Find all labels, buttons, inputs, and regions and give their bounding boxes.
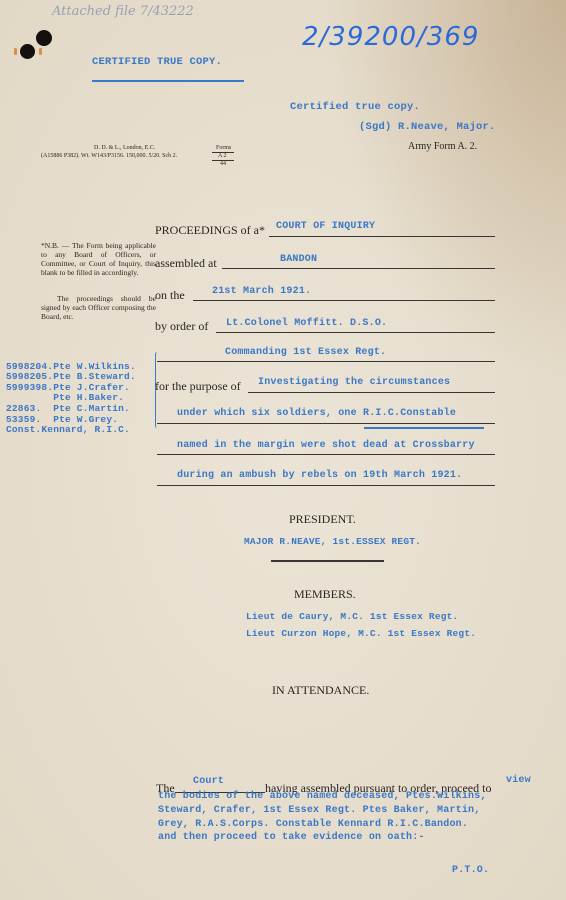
signed-line: (Sgd) R.Neave, Major. (359, 121, 496, 133)
closing-line-2: Steward, Crafer, 1st Essex Regt. Ptes Ba… (158, 805, 480, 816)
president-name: MAJOR R.NEAVE, 1st.ESSEX REGT. (244, 536, 421, 547)
rust-mark (39, 48, 42, 55)
certified-heading: CERTIFIED TRUE COPY. (92, 56, 222, 68)
members-heading: MEMBERS. (294, 587, 356, 602)
assembled-value: BANDON (280, 254, 317, 265)
margin-name: 22863. Pte C.Martin. (6, 404, 136, 415)
purpose-underline-ink (364, 427, 484, 429)
certified-true-copy-line: Certified true copy. (290, 101, 420, 113)
pto-note: P.T.O. (452, 865, 489, 876)
purpose-line-3 (157, 454, 495, 455)
purpose-line-2 (157, 423, 495, 424)
purpose-label: for the purpose of (155, 379, 241, 394)
margin-name-list: 5998204.Pte W.Wilkins.5998205.Pte B.Stew… (6, 351, 136, 446)
date-value: 21st March 1921. (212, 286, 311, 297)
purpose-line-1 (248, 392, 495, 393)
nb-side-note: *N.B. — The Form being applicable to any… (41, 241, 156, 277)
pencil-file-note: Attached file 7/43222 (52, 4, 194, 19)
closing-line-1: the bodies of the above named deceased, … (158, 791, 487, 802)
proceedings-value: COURT OF INQUIRY (276, 221, 375, 232)
closing-body-value: Court (193, 776, 224, 787)
date-label: on the (155, 288, 185, 303)
signing-side-note: The proceedings should be signed by each… (41, 294, 156, 321)
certified-heading-underline (92, 80, 244, 82)
purpose-line-4 (157, 485, 495, 486)
purpose-value-4: during an ambush by rebels on 19th March… (177, 470, 462, 481)
date-line (193, 300, 495, 301)
proceedings-line (269, 236, 495, 237)
purpose-value-2: under which six soldiers, one R.I.C.Cons… (177, 408, 456, 419)
forms-number: 44 (220, 161, 226, 169)
closing-line-4: and then proceed to take evidence on oat… (158, 832, 425, 843)
proceedings-label: PROCEEDINGS of a* (155, 223, 265, 238)
member-1: Lieut de Caury, M.C. 1st Essex Regt. (246, 611, 458, 622)
closing-line-3: Grey, R.A.S.Corps. Constable Kennard R.I… (158, 819, 468, 830)
president-heading: PRESIDENT. (289, 512, 356, 527)
attendance-heading: IN ATTENDANCE. (272, 683, 369, 698)
assembled-label: assembled at (155, 256, 217, 271)
ink-reference-number: 2/39200/369 (302, 22, 479, 52)
punch-hole-upper (36, 30, 52, 46)
rust-mark (14, 48, 17, 55)
order-line-2 (157, 361, 495, 362)
purpose-value-1: Investigating the circumstances (258, 377, 450, 388)
order-line (216, 332, 495, 333)
punch-hole-lower (20, 44, 35, 59)
president-divider (271, 560, 384, 562)
purpose-value-3: named in the margin were shot dead at Cr… (177, 440, 475, 451)
form-name: Army Form A. 2. (408, 141, 477, 152)
member-2: Lieut Curzon Hope, M.C. 1st Essex Regt. (246, 628, 476, 639)
printer-line-1: D. D. & L., London, E.C. (94, 145, 155, 153)
order-value-2: Commanding 1st Essex Regt. (225, 347, 386, 358)
order-value: Lt.Colonel Moffitt. D.S.O. (226, 318, 387, 329)
closing-view-word: view (506, 775, 531, 786)
printer-line-2: (A15886 P382). Wt. W143/P3156. 150,000. … (41, 153, 177, 161)
order-label: by order of (155, 319, 208, 334)
assembled-line (222, 268, 495, 269)
margin-name: Const.Kennard, R.I.C. (6, 425, 136, 436)
